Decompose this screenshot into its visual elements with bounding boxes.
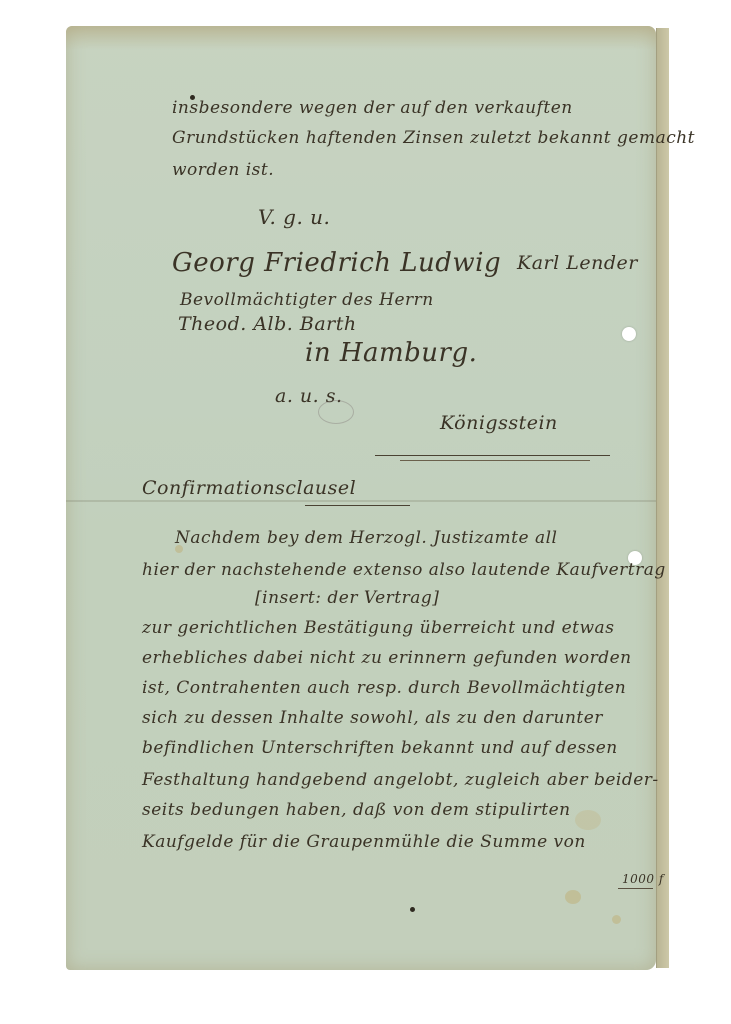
signatory-right-name: Karl Lender xyxy=(517,252,638,274)
punch-hole xyxy=(622,327,636,341)
page-edge-strip xyxy=(656,28,669,968)
text-line: erhebliches dabei nicht zu erinnern gefu… xyxy=(142,648,632,668)
signature-flourish xyxy=(400,460,590,461)
text-line: ist, Contrahenten auch resp. durch Bevol… xyxy=(142,678,626,698)
text-line: seits bedungen haben, daß von dem stipul… xyxy=(142,800,571,820)
catchword: 1000 f xyxy=(622,872,664,886)
text-line: Grundstücken haftenden Zinsen zuletzt be… xyxy=(172,128,695,148)
principal-name: Theod. Alb. Barth xyxy=(178,313,357,335)
text-line: insbesondere wegen der auf den verkaufte… xyxy=(172,98,573,118)
place-hamburg: in Hamburg. xyxy=(305,338,477,368)
foxing-stain xyxy=(565,890,581,904)
text-line: worden ist. xyxy=(172,160,274,180)
text-line: Kaufgelde für die Graupenmühle die Summe… xyxy=(142,832,586,852)
official-signature: Königsstein xyxy=(440,412,558,434)
signature-flourish xyxy=(375,455,610,456)
signatory-left-name: Georg Friedrich Ludwig xyxy=(172,248,501,278)
text-line: Nachdem bey dem Herzogl. Justizamte all xyxy=(175,528,557,548)
text-line: Festhaltung handgebend angelobt, zugleic… xyxy=(142,770,659,790)
signatory-title: Bevollmächtigter des Herrn xyxy=(180,290,434,310)
catchword-underline xyxy=(618,888,653,889)
text-line: befindlichen Unterschriften bekannt und … xyxy=(142,738,618,758)
foxing-stain xyxy=(575,810,601,830)
heading-confirmationsclausel: Confirmationsclausel xyxy=(142,477,356,499)
faint-seal xyxy=(318,400,354,424)
heading-underline xyxy=(305,505,410,506)
text-line: sich zu dessen Inhalte sowohl, als zu de… xyxy=(142,708,603,728)
ink-dot xyxy=(190,95,195,100)
abbreviation-vgu: V. g. u. xyxy=(258,205,330,229)
fold-crease xyxy=(66,500,656,502)
text-line-insert: [insert: der Vertrag] xyxy=(255,588,439,608)
foxing-stain xyxy=(612,915,621,924)
ink-dot xyxy=(410,907,415,912)
text-line: hier der nachstehende extenso also laute… xyxy=(142,560,666,580)
text-line: zur gerichtlichen Bestätigung überreicht… xyxy=(142,618,614,638)
